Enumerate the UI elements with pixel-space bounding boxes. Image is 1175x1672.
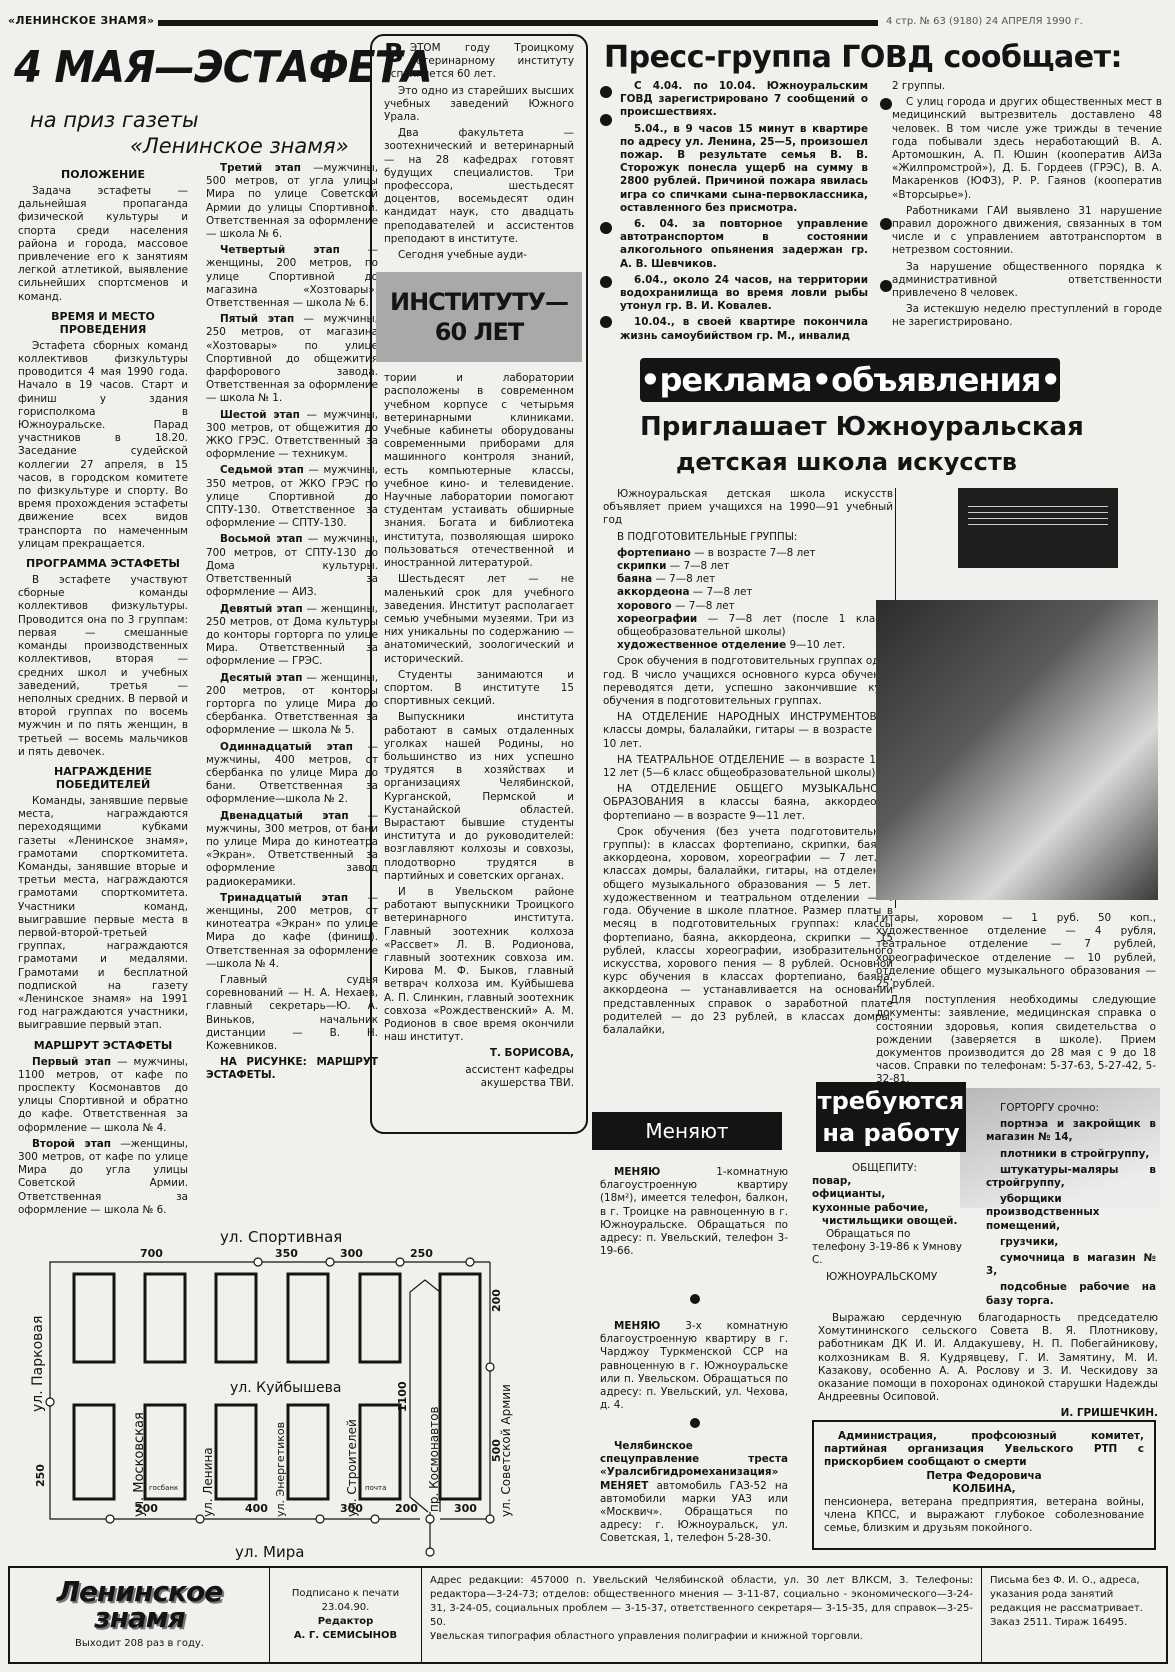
svg-text:300: 300 [340, 1502, 363, 1515]
thanks-notice: Выражаю сердечную благодарность председа… [818, 1312, 1158, 1424]
stage: Первый этап — мужчины, 1100 метров, от к… [18, 1056, 188, 1135]
stage-name: Пятый этап [220, 313, 294, 325]
vet-intro: ЭТОМ году Троицкому ветеринарному инстит… [384, 42, 574, 82]
school-subtitle: детская школа искусств [676, 448, 1017, 476]
school-announcement-cont: гитары, хоровом — 1 руб. 50 коп., художе… [876, 912, 1156, 1090]
obit-surname: КОЛБИНА, [824, 1483, 1144, 1496]
stage-name: Третий этап [220, 162, 301, 174]
school-paragraph: Срок обучения (без учета подготовительно… [603, 826, 893, 1037]
newspaper-name: «ЛЕНИНСКОЕ ЗНАМЯ» [8, 14, 154, 27]
bullet-icon [600, 276, 612, 288]
letters-note: Письма без Ф. И. О., адреса, указания ро… [990, 1574, 1158, 1616]
banner-line: 60 ЛЕТ [435, 317, 523, 347]
prep-group: скрипки — 7—8 лет [603, 560, 893, 573]
footer-address-cell: Адрес редакции: 457000 п. Увельский Челя… [422, 1568, 982, 1662]
bullet-icon [880, 218, 892, 230]
press-column-left: С 4.04. по 10.04. Южноуральским ГОВД зар… [598, 80, 868, 346]
vet-paragraph: Выпускники института работают в самых от… [384, 711, 574, 883]
svg-text:почта: почта [365, 1484, 386, 1492]
thanks-text: Выражаю сердечную благодарность председа… [818, 1312, 1158, 1404]
vet-paragraph: тории и лаборатории расположены в соврем… [384, 372, 574, 570]
svg-text:250: 250 [34, 1464, 47, 1487]
banner-line: ИНСТИТУТУ— [390, 287, 568, 317]
school-paragraph: НА ТЕАТРАЛЬНОЕ ОТДЕЛЕНИЕ — в возрасте 11… [603, 754, 893, 780]
relay-route-map: ул. Спортивная ул. Мира ул. Куйбышева ул… [30, 1212, 575, 1562]
group-name: хореографии [617, 613, 697, 625]
svg-text:500: 500 [490, 1439, 503, 1462]
section-title: МАРШРУТ ЭСТАФЕТЫ [18, 1039, 188, 1052]
vet-paragraph: Студенты занимаются и спортом. В институ… [384, 669, 574, 709]
bullet-icon [880, 98, 892, 110]
press-item: 5.04., в 9 часов 15 минут в квартире по … [620, 123, 868, 215]
svg-text:200: 200 [490, 1289, 503, 1312]
jobs-tail: ЮЖНОУРАЛЬСКОМУ [812, 1271, 962, 1284]
section-title: ПОЛОЖЕНИЕ [18, 168, 188, 181]
svg-text:пр. Космонавтов: пр. Космонавтов [427, 1406, 441, 1512]
vet-institute-article: В ЭТОМ году Троицкому ветеринарному инст… [370, 34, 588, 1134]
stage-name: Восьмой этап [220, 533, 303, 545]
job-item: повар, [812, 1175, 962, 1188]
jobs-contact: Обращаться по телефону 3-19-86 к Умнову … [812, 1228, 962, 1268]
obituary-box: Администрация, профсоюзный комитет, парт… [812, 1420, 1156, 1550]
press-item: С 4.04. по 10.04. Южноуральским ГОВД зар… [620, 80, 868, 120]
vet-paragraph: Это одно из старейших высших учебных зав… [384, 85, 574, 125]
footer-logo-cell: Ленинское знамя Выходит 208 раз в году. [10, 1568, 270, 1662]
vet-author-title: ассистент кафедры акушерства ТВИ. [384, 1064, 574, 1090]
anniversary-banner: ИНСТИТУТУ— 60 ЛЕТ [376, 272, 582, 362]
section-title: ПРОГРАММА ЭСТАФЕТЫ [18, 557, 188, 570]
school-intro: Южноуральская детская школа искусств объ… [603, 488, 893, 528]
group-name: хорового [617, 600, 672, 612]
section-text: В эстафете участвуют сборные команды кол… [18, 574, 188, 759]
stage-name: Девятый этап [220, 603, 303, 615]
job-item: штукатуры-маляры в стройгруппу, [986, 1164, 1156, 1190]
press-item: С улиц города и других общественных мест… [892, 96, 1162, 202]
school-paragraph: Срок обучения в подготовительных группах… [603, 655, 893, 708]
svg-text:250: 250 [410, 1247, 433, 1260]
publication-frequency: Выходит 208 раз в году. [75, 1637, 204, 1651]
vet-paragraph: Сегодня учебные ауди- [384, 249, 574, 262]
jobs-catering: ОБЩЕПИТУ: повар, официанты, кухонные раб… [812, 1162, 962, 1287]
relay-subhead: на приз газеты [30, 108, 199, 132]
svg-text:300: 300 [340, 1247, 363, 1260]
prep-heading: В ПОДГОТОВИТЕЛЬНЫЕ ГРУППЫ: [603, 531, 893, 544]
ads-banner: •реклама•объявления• [640, 358, 1060, 402]
stage: Девятый этап — женщины, 250 метров, от Д… [206, 603, 378, 669]
signed-date: 23.04.90. [278, 1601, 413, 1615]
separator-dot-icon [690, 1294, 700, 1304]
job-item: сумочница в магазин № 3, [986, 1252, 1156, 1278]
jobs-heading-line: на работу [816, 1117, 966, 1149]
svg-text:200: 200 [135, 1502, 158, 1515]
svg-text:ул. Энергетиков: ул. Энергетиков [274, 1422, 287, 1517]
job-item: чистильщики овощей. [812, 1215, 962, 1228]
teacher-photo [876, 600, 1158, 900]
jobs-employer: ГОРТОРГУ срочно: [986, 1102, 1156, 1115]
jobs-heading: требуются на работу [816, 1082, 966, 1152]
stage-name: Шестой этап [220, 409, 300, 421]
bullet-icon [600, 222, 612, 234]
svg-text:300: 300 [454, 1502, 477, 1515]
job-item: грузчики, [986, 1236, 1156, 1249]
group-age: — 7—8 лет [675, 600, 735, 612]
section-title: ВРЕМЯ И МЕСТО ПРОВЕДЕНИЯ [18, 310, 188, 336]
group-age: — 7—8 лет [693, 586, 753, 598]
stage-name: Десятый этап [220, 672, 302, 684]
exchange-lead: МЕНЯЮ [614, 1166, 660, 1178]
job-item: портнэа и закройщик в магазин № 14, [986, 1118, 1156, 1144]
vet-author: Т. БОРИСОВА, [384, 1047, 574, 1060]
job-item: плотники в стройгруппу, [986, 1148, 1156, 1161]
press-item: 6.04., около 24 часов, на территории вод… [620, 274, 868, 314]
section-text: Задача эстафеты — дальнейшая пропаганда … [18, 185, 188, 304]
footer-note-cell: Письма без Ф. И. О., адреса, указания ро… [982, 1568, 1166, 1662]
logo-line: знамя [57, 1605, 222, 1631]
stage: Пятый этап — мужчины, 250 метров, от маг… [206, 313, 378, 405]
stage-name: Двенадцатый этап [220, 810, 349, 822]
exchange-lead: МЕНЯЮ [614, 1320, 660, 1332]
press-group-title: Пресс-группа ГОВД сообщает: [604, 40, 1122, 75]
exchange-ad: Челябинское спецуправление треста «Уралс… [600, 1440, 788, 1549]
stage-name: Четвертый этап [220, 244, 340, 256]
section-text: Команды, занявшие первые места, награжда… [18, 795, 188, 1033]
school-title: Приглашает Южноуральская [640, 412, 1084, 442]
svg-text:ул. Ленина: ул. Ленина [201, 1447, 215, 1517]
stage-text: — мужчины, 250 метров, от магазина «Хозт… [206, 313, 378, 404]
obit-name: Петра Федоровича [824, 1470, 1144, 1483]
job-item: уборщики производственных помещений, [986, 1193, 1156, 1233]
stage: Одиннадцатый этап — мужчины, 400 метров,… [206, 741, 378, 807]
school-paragraph: Для поступления необходимы следующие док… [876, 994, 1156, 1086]
jobs-heading-line: требуются [816, 1085, 966, 1117]
obit-body: пенсионера, ветерана предприятия, ветера… [824, 1496, 1144, 1536]
dropcap: В [384, 42, 404, 66]
prep-group: фортепиано — в возрасте 7—8 лет [603, 547, 893, 560]
issue-info: 4 стр. № 63 (9180) 24 АПРЕЛЯ 1990 г. [886, 16, 1083, 27]
svg-text:1100: 1100 [396, 1381, 409, 1412]
svg-text:350: 350 [275, 1247, 298, 1260]
group-age: — 7—8 лет [670, 560, 730, 572]
stage-name: Одиннадцатый этап [220, 741, 353, 753]
editor-name: А. Г. СЕМИСЫНОВ [278, 1629, 413, 1643]
stage: Четвертый этап — женщины, 200 метров, по… [206, 244, 378, 310]
group-name: скрипки [617, 560, 666, 572]
stage: Тринадцатый этап —женщины, 200 метров, о… [206, 892, 378, 971]
job-item: подсобные рабочие на базу торга. [986, 1281, 1156, 1307]
section-title: НАГРАЖДЕНИЕ ПОБЕДИТЕЛЕЙ [18, 765, 188, 791]
stage-name: Тринадцатый этап [220, 892, 348, 904]
press-item: 10.04., в своей квартире покончила жизнь… [620, 316, 868, 342]
vet-paragraph: И в Увельском районе работают выпускники… [384, 886, 574, 1044]
order-circulation: Заказ 2511. Тираж 16495. [990, 1616, 1158, 1630]
svg-text:ул. Мира: ул. Мира [235, 1543, 304, 1561]
printer-info: Увельская типография областного управлен… [430, 1630, 973, 1644]
job-item: кухонные рабочие, [812, 1202, 962, 1215]
svg-text:госбанк: госбанк [149, 1484, 178, 1492]
group-age: — в возрасте 7—8 лет [694, 547, 816, 559]
svg-text:ул. Парковая: ул. Парковая [30, 1316, 46, 1412]
prep-group: аккордеона — 7—8 лет [603, 586, 893, 599]
relay-column-1: ПОЛОЖЕНИЕ Задача эстафеты — дальнейшая п… [18, 162, 188, 1220]
stage: Седьмой этап — мужчины, 350 метров, от Ж… [206, 464, 378, 530]
signed-label: Подписано к печати [278, 1587, 413, 1601]
school-paragraph: гитары, хоровом — 1 руб. 50 коп., художе… [876, 912, 1156, 991]
exchange-text: 1-комнатную благоустроенную квартиру (18… [600, 1166, 788, 1257]
section-text: Эстафета сборных команд коллективов физк… [18, 340, 188, 551]
newspaper-logo: Ленинское знамя [57, 1579, 222, 1631]
svg-text:200: 200 [395, 1502, 418, 1515]
relay-column-2: Третий этап —мужчины, 500 метров, от угл… [206, 162, 378, 1086]
stage-name: Первый этап [32, 1056, 111, 1068]
group-name: баяна [617, 573, 652, 585]
vet-paragraph: Шестьдесят лет — не маленький срок для у… [384, 573, 574, 665]
stage: Десятый этап — женщины, 200 метров, от к… [206, 672, 378, 738]
press-item: За нарушение общественного порядка к адм… [892, 261, 1162, 301]
press-closing: За истекшую неделю преступлений в городе… [892, 303, 1162, 329]
prep-group: хорового — 7—8 лет [603, 600, 893, 613]
bullet-icon [880, 280, 892, 292]
jobs-gortorg: ГОРТОРГУ срочно: портнэа и закройщик в м… [986, 1102, 1156, 1311]
stage-name: Второй этап [32, 1138, 111, 1150]
press-item: 6. 04. за повторное управление автотранс… [620, 218, 868, 271]
exchange-ad: МЕНЯЮ 1-комнатную благоустроенную кварти… [600, 1166, 788, 1261]
prep-group: художественное отделение 9—10 лет. [603, 639, 893, 652]
group-age: — 7—8 лет [655, 573, 715, 585]
prep-group: хореографии — 7—8 лет (после 1 класса об… [603, 613, 893, 639]
stage-name: Седьмой этап [220, 464, 304, 476]
obit-intro: Администрация, профсоюзный комитет, парт… [824, 1430, 1144, 1470]
judges: Главный судья соревнований — Н. А. Нехае… [206, 974, 378, 1053]
stage: Восьмой этап — мужчины, 700 метров, от С… [206, 533, 378, 599]
exchange-text: 3-х комнатную благоустроенную квартиру в… [600, 1320, 788, 1411]
school-announcement: Южноуральская детская школа искусств объ… [603, 488, 893, 1040]
stage: Второй этап —женщины, 300 метров, от каф… [18, 1138, 188, 1217]
group-name: фортепиано [617, 547, 691, 559]
map-caption: НА РИСУНКЕ: МАРШРУТ ЭСТАФЕТЫ. [206, 1056, 378, 1082]
svg-text:400: 400 [245, 1502, 268, 1515]
press-column-right: 2 группы. С улиц города и других обществ… [870, 80, 1162, 333]
editor-label: Редактор [278, 1615, 413, 1629]
bullet-icon [600, 86, 612, 98]
vet-paragraph: Два факультета — зоотехнический и ветери… [384, 127, 574, 246]
jobs-employer: ОБЩЕПИТУ: [812, 1162, 962, 1175]
prep-group: баяна — 7—8 лет [603, 573, 893, 586]
separator-dot-icon [690, 1418, 700, 1428]
job-item: официанты, [812, 1188, 962, 1201]
footer-sign-cell: Подписано к печати 23.04.90. Редактор А.… [270, 1568, 422, 1662]
group-name: художественное отделение [617, 639, 786, 651]
group-name: аккордеона [617, 586, 689, 598]
masthead: «ЛЕНИНСКОЕ ЗНАМЯ» 4 стр. № 63 (9180) 24 … [8, 14, 1168, 30]
stage: Третий этап —мужчины, 500 метров, от угл… [206, 162, 378, 241]
group-age: 9—10 лет. [789, 639, 845, 651]
school-paragraph: НА ОТДЕЛЕНИЕ НАРОДНЫХ ИНСТРУМЕНТОВ в кла… [603, 711, 893, 751]
stage: Двенадцатый этап — мужчины, 300 метров, … [206, 810, 378, 889]
press-item-cont: 2 группы. [892, 80, 1162, 93]
bullet-icon [600, 114, 612, 126]
exchange-heading: Меняют [592, 1112, 782, 1150]
stage: Шестой этап — мужчины, 300 метров, от об… [206, 409, 378, 462]
bullet-icon [600, 316, 612, 328]
sheet-music-photo [958, 488, 1118, 568]
relay-subhead-paper: «Ленинское знамя» [130, 134, 349, 158]
svg-text:700: 700 [140, 1247, 163, 1260]
masthead-rule [158, 20, 878, 26]
svg-text:ул. Спортивная: ул. Спортивная [220, 1228, 342, 1246]
school-paragraph: НА ОТДЕЛЕНИЕ ОБЩЕГО МУЗЫКАЛЬНОГО ОБРАЗОВ… [603, 783, 893, 823]
imprint-footer: Ленинское знамя Выходит 208 раз в году. … [8, 1566, 1168, 1664]
press-item: Работниками ГАИ выявлено 31 нарушение пр… [892, 205, 1162, 258]
svg-text:ул. Куйбышева: ул. Куйбышева [230, 1380, 341, 1396]
thanks-signature: И. ГРИШЕЧКИН. [818, 1407, 1158, 1420]
editorial-address: Адрес редакции: 457000 п. Увельский Челя… [430, 1574, 973, 1630]
exchange-ad: МЕНЯЮ 3-х комнатную благоустроенную квар… [600, 1320, 788, 1415]
